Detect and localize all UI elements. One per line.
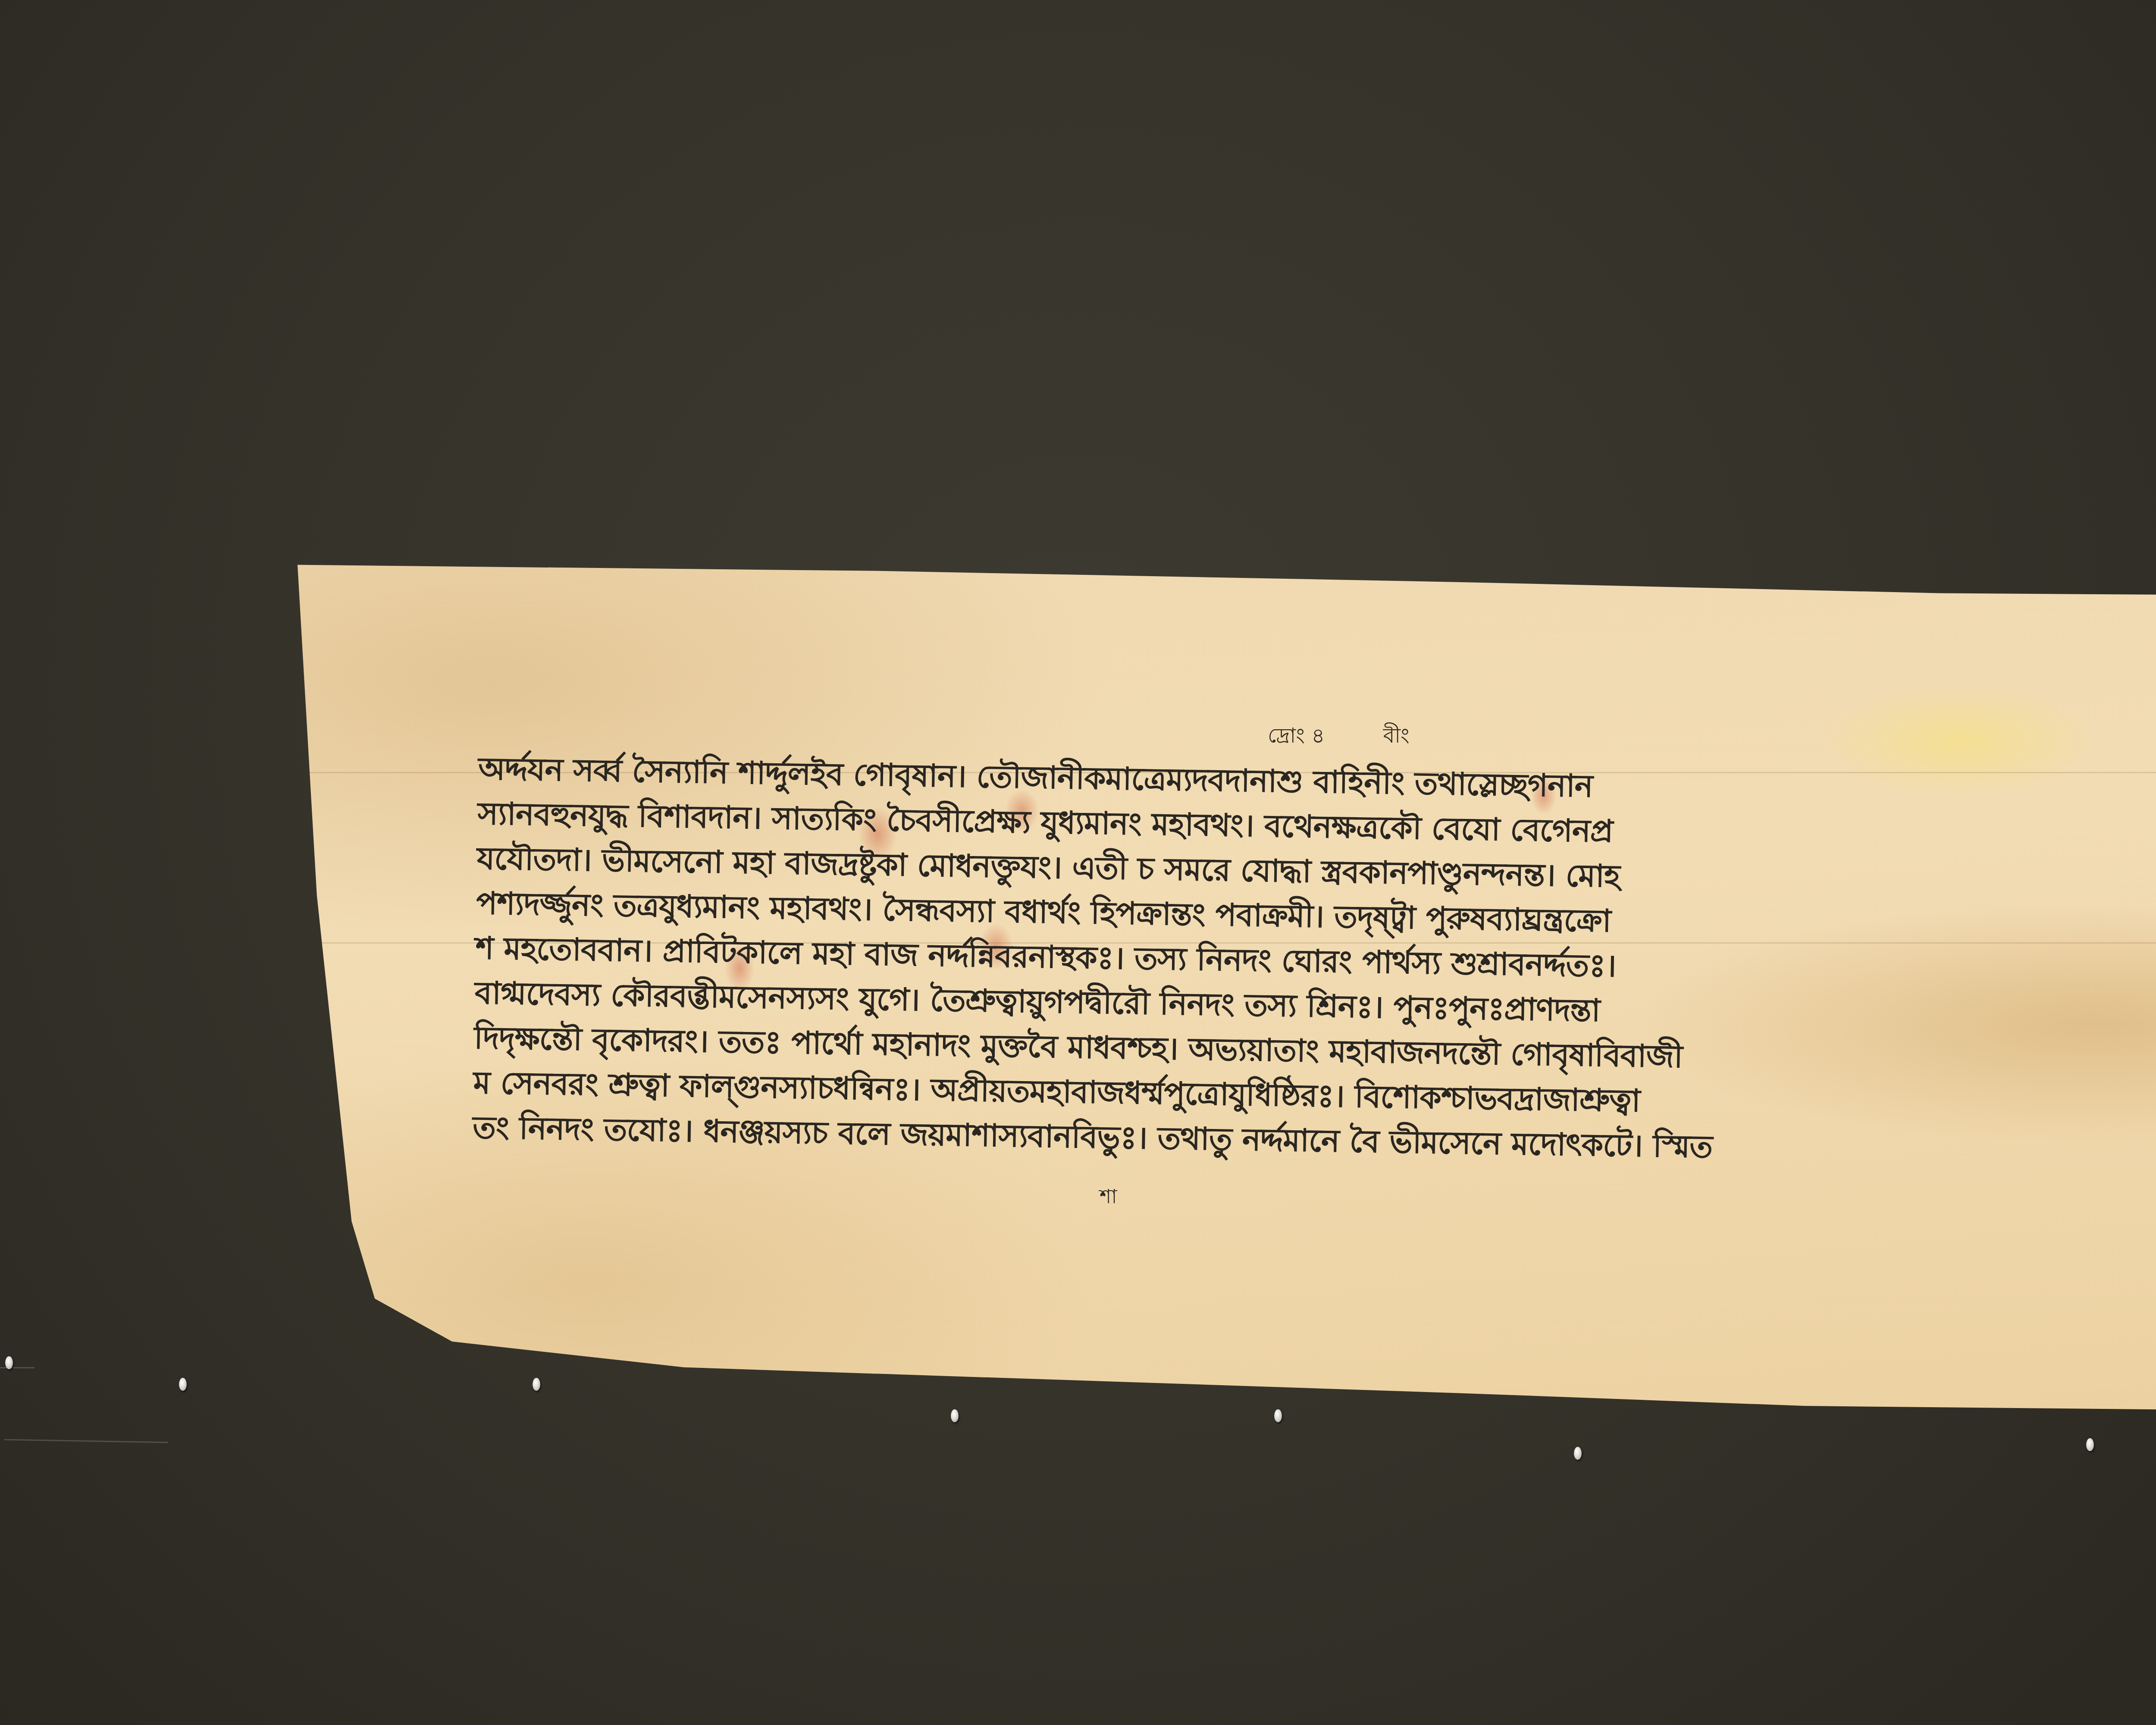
mounting-pin (5, 1356, 13, 1369)
mounting-pin (1574, 1447, 1582, 1460)
mounting-pin (1274, 1409, 1282, 1422)
folio-header: দ্রোং ৪ বীং (1268, 720, 1461, 754)
board-scratch (4, 1439, 168, 1443)
folio-mark-right: বীং (1383, 724, 1410, 748)
mounting-pin (179, 1378, 187, 1391)
mounting-pin (2086, 1438, 2094, 1451)
mounting-pin (533, 1378, 540, 1391)
manuscript-folio: দ্রোং ৪ বীং অর্দ্দযন সর্ব্ব সৈন্যানি শার… (298, 552, 2156, 1410)
interlinear-correction: শা (1100, 1182, 1117, 1214)
mounting-pin (951, 1409, 959, 1422)
board-scratch (0, 1367, 34, 1368)
folio-mark-left: দ্রোং ৪ (1268, 724, 1325, 748)
manuscript-text: অর্দ্দযন সর্ব্ব সৈন্যানি শার্দ্দুলইব গোব… (472, 746, 1987, 1173)
